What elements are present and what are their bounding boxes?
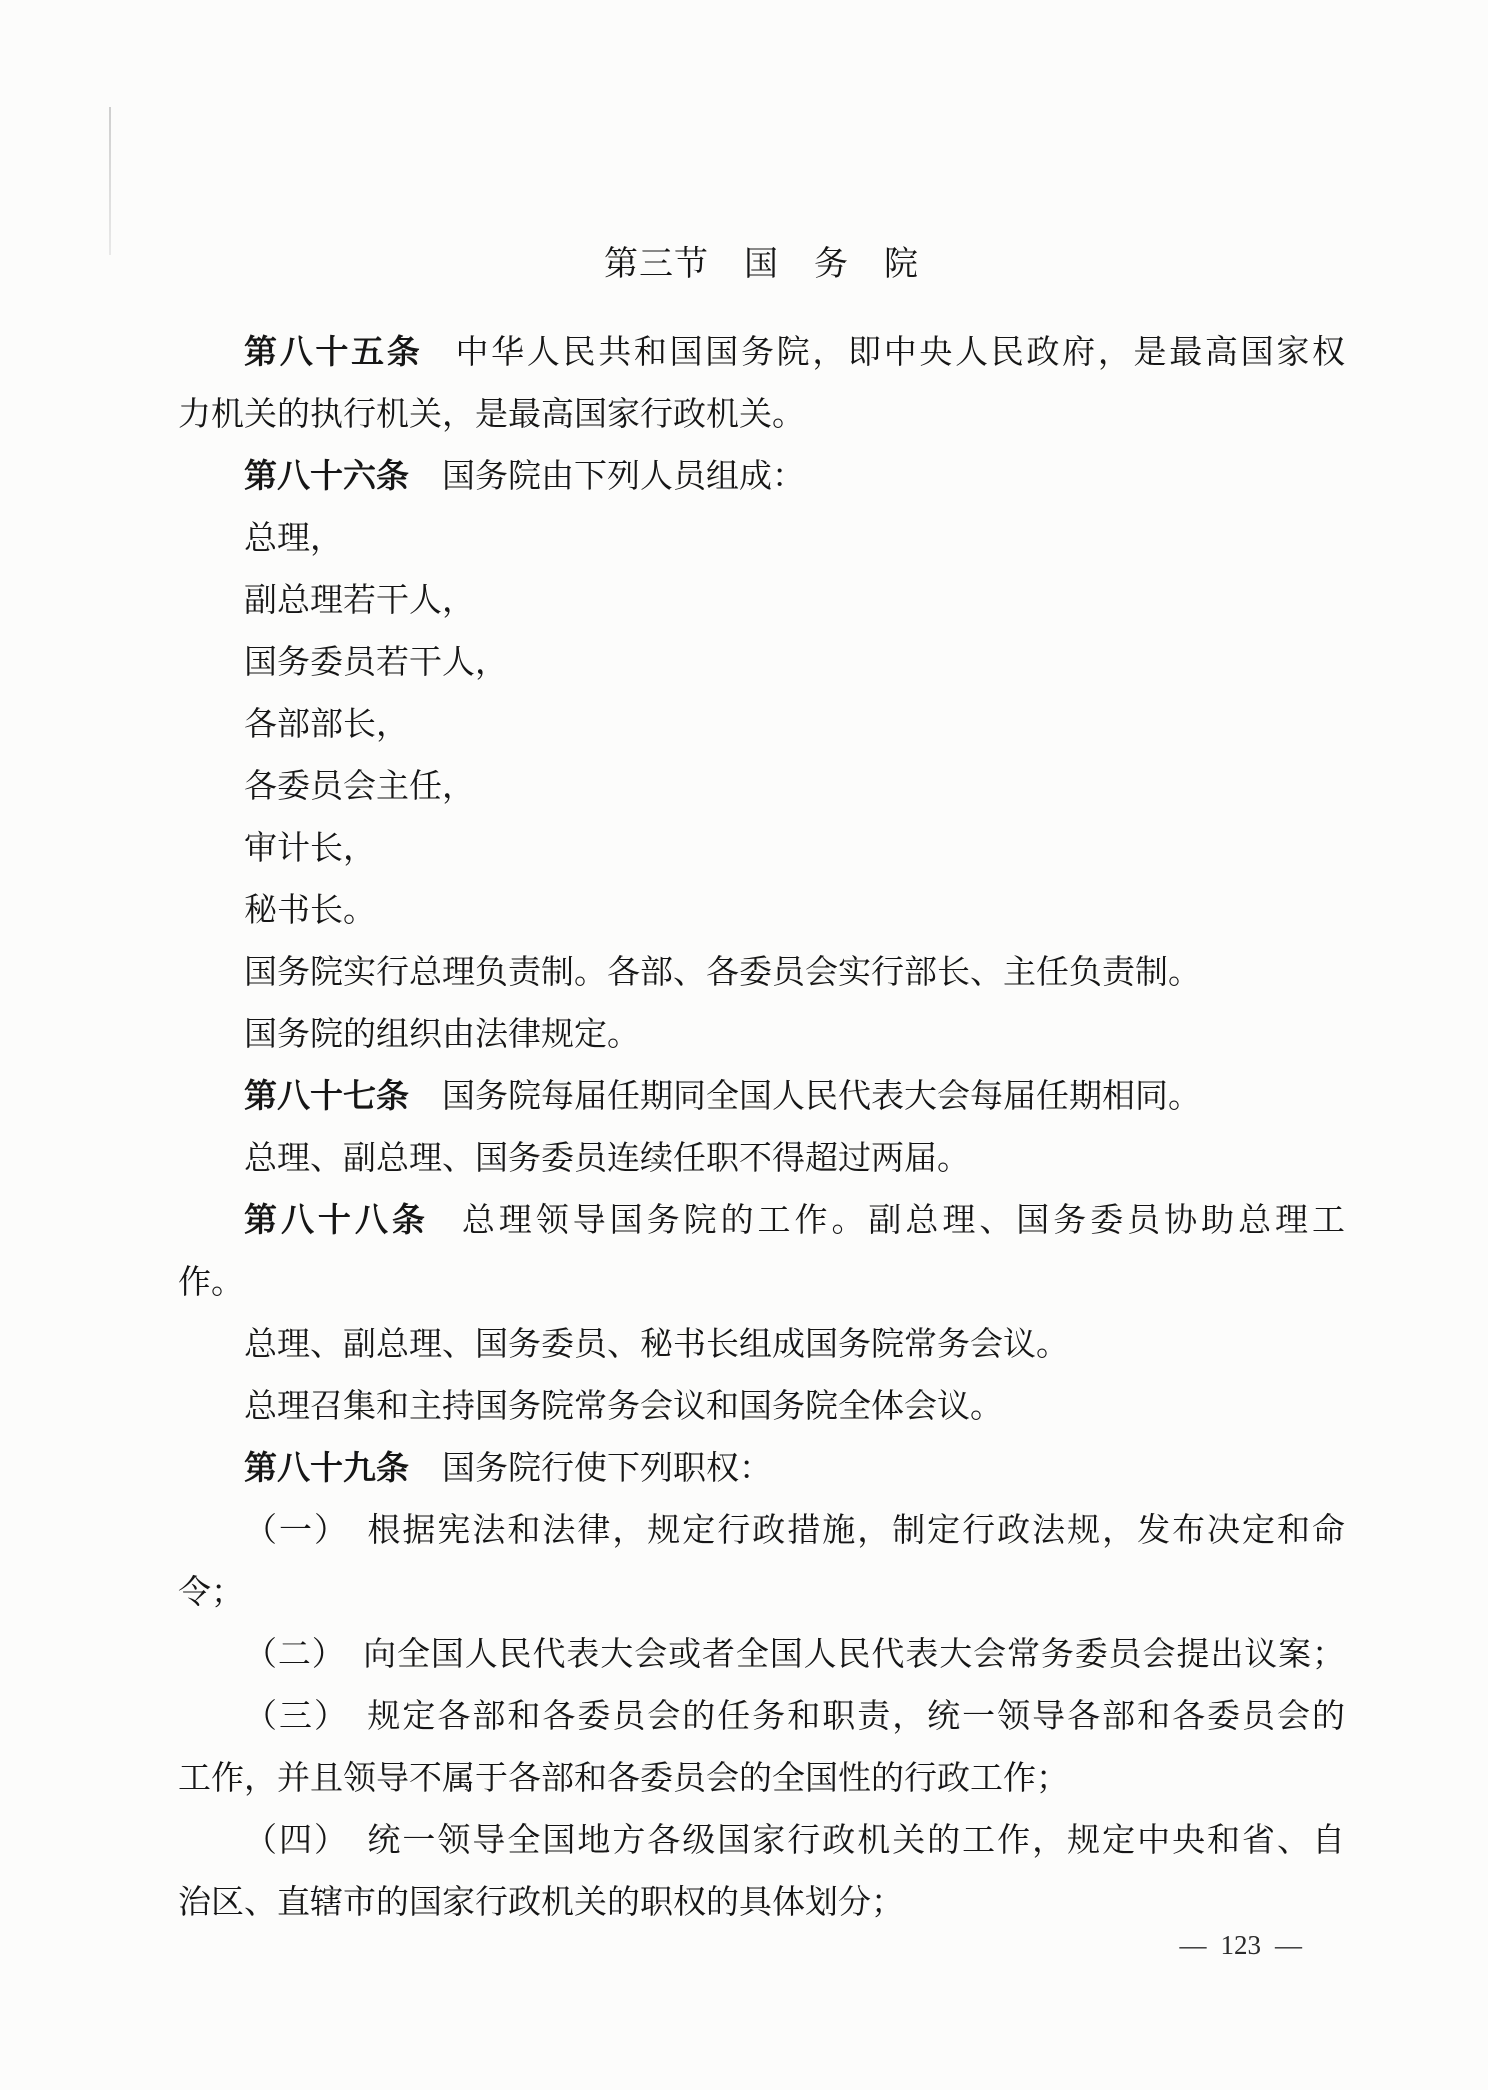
text-line: （三） 规定各部和各委员会的任务和职责，统一领导各部和各委员会的 [178, 1686, 1345, 1748]
folio-dash-right: — [1275, 1930, 1302, 1960]
line-text: 力机关的执行机关，是最高国家行政机关。 [178, 397, 805, 433]
text-line: 第八十八条总理领导国务院的工作。副总理、国务委员协助总理工 [178, 1190, 1345, 1252]
text-line: 总理， [178, 508, 1345, 570]
line-text: 各委员会主任， [244, 769, 475, 805]
text-line: 第八十九条国务院行使下列职权： [178, 1438, 1345, 1500]
article-number-label: 第八十五条 [244, 335, 422, 371]
page-number: —123— [1180, 1928, 1303, 1962]
line-text: 令； [178, 1575, 244, 1611]
article-text-block: 第八十五条中华人民共和国国务院，即中央人民政府，是最高国家权力机关的执行机关，是… [178, 322, 1345, 1934]
folio-dash-left: — [1180, 1930, 1207, 1960]
text-line: 各委员会主任， [178, 756, 1345, 818]
line-text: 国务院每届任期同全国人民代表大会每届任期相同。 [442, 1079, 1201, 1115]
text-line: 工作，并且领导不属于各部和各委员会的全国性的行政工作； [178, 1748, 1345, 1810]
text-line: 力机关的执行机关，是最高国家行政机关。 [178, 384, 1345, 446]
text-line: （一） 根据宪法和法律，规定行政措施，制定行政法规，发布决定和命 [178, 1500, 1345, 1562]
text-line: 令； [178, 1562, 1345, 1624]
article-number-label: 第八十九条 [244, 1451, 409, 1487]
line-text: （一） 根据宪法和法律，规定行政措施，制定行政法规，发布决定和命 [244, 1513, 1345, 1549]
text-line: 总理、副总理、国务委员连续任职不得超过两届。 [178, 1128, 1345, 1190]
line-text: （三） 规定各部和各委员会的任务和职责，统一领导各部和各委员会的 [244, 1699, 1345, 1735]
line-text: 工作，并且领导不属于各部和各委员会的全国性的行政工作； [178, 1761, 1069, 1797]
line-text: 国务院实行总理负责制。各部、各委员会实行部长、主任负责制。 [244, 955, 1201, 991]
section-title: 第三节 国 务 院 [178, 236, 1345, 285]
text-line: 第八十六条国务院由下列人员组成： [178, 446, 1345, 508]
line-text: 国务院的组织由法律规定。 [244, 1017, 640, 1053]
text-line: 治区、直辖市的国家行政机关的职权的具体划分； [178, 1872, 1345, 1934]
line-text: 总理、副总理、国务委员、秘书长组成国务院常务会议。 [244, 1327, 1069, 1363]
text-line: 国务委员若干人， [178, 632, 1345, 694]
line-text: 中华人民共和国国务院，即中央人民政府，是最高国家权 [455, 335, 1345, 371]
line-text: 国务院行使下列职权： [442, 1451, 772, 1487]
line-text: 总理， [244, 521, 343, 557]
line-text: 总理召集和主持国务院常务会议和国务院全体会议。 [244, 1389, 1003, 1425]
article-number-label: 第八十八条 [244, 1203, 429, 1239]
text-line: 第八十五条中华人民共和国国务院，即中央人民政府，是最高国家权 [178, 322, 1345, 384]
line-text: 作。 [178, 1265, 244, 1301]
line-text: 审计长， [244, 831, 376, 867]
text-line: 作。 [178, 1252, 1345, 1314]
line-text: 秘书长。 [244, 893, 376, 929]
text-line: 秘书长。 [178, 880, 1345, 942]
text-line: （四） 统一领导全国地方各级国家行政机关的工作，规定中央和省、自 [178, 1810, 1345, 1872]
folio-number: 123 [1221, 1930, 1262, 1960]
text-line: 第八十七条国务院每届任期同全国人民代表大会每届任期相同。 [178, 1066, 1345, 1128]
line-text: （二） 向全国人民代表大会或者全国人民代表大会常务委员会提出议案； [244, 1637, 1345, 1673]
document-page: 第三节 国 务 院 第八十五条中华人民共和国国务院，即中央人民政府，是最高国家权… [0, 0, 1488, 2090]
text-line: 总理、副总理、国务委员、秘书长组成国务院常务会议。 [178, 1314, 1345, 1376]
article-number-label: 第八十六条 [244, 459, 409, 495]
text-line: 国务院实行总理负责制。各部、各委员会实行部长、主任负责制。 [178, 942, 1345, 1004]
text-line: （二） 向全国人民代表大会或者全国人民代表大会常务委员会提出议案； [178, 1624, 1345, 1686]
text-line: 总理召集和主持国务院常务会议和国务院全体会议。 [178, 1376, 1345, 1438]
line-text: （四） 统一领导全国地方各级国家行政机关的工作，规定中央和省、自 [244, 1823, 1345, 1859]
text-line: 各部部长， [178, 694, 1345, 756]
line-text: 国务委员若干人， [244, 645, 508, 681]
scan-artifact-line [109, 107, 111, 255]
line-text: 国务院由下列人员组成： [442, 459, 805, 495]
line-text: 总理、副总理、国务委员连续任职不得超过两届。 [244, 1141, 970, 1177]
line-text: 副总理若干人， [244, 583, 475, 619]
article-number-label: 第八十七条 [244, 1079, 409, 1115]
line-text: 各部部长， [244, 707, 409, 743]
line-text: 总理领导国务院的工作。副总理、国务委员协助总理工 [462, 1203, 1345, 1239]
line-text: 治区、直辖市的国家行政机关的职权的具体划分； [178, 1885, 904, 1921]
text-line: 副总理若干人， [178, 570, 1345, 632]
text-line: 审计长， [178, 818, 1345, 880]
text-line: 国务院的组织由法律规定。 [178, 1004, 1345, 1066]
